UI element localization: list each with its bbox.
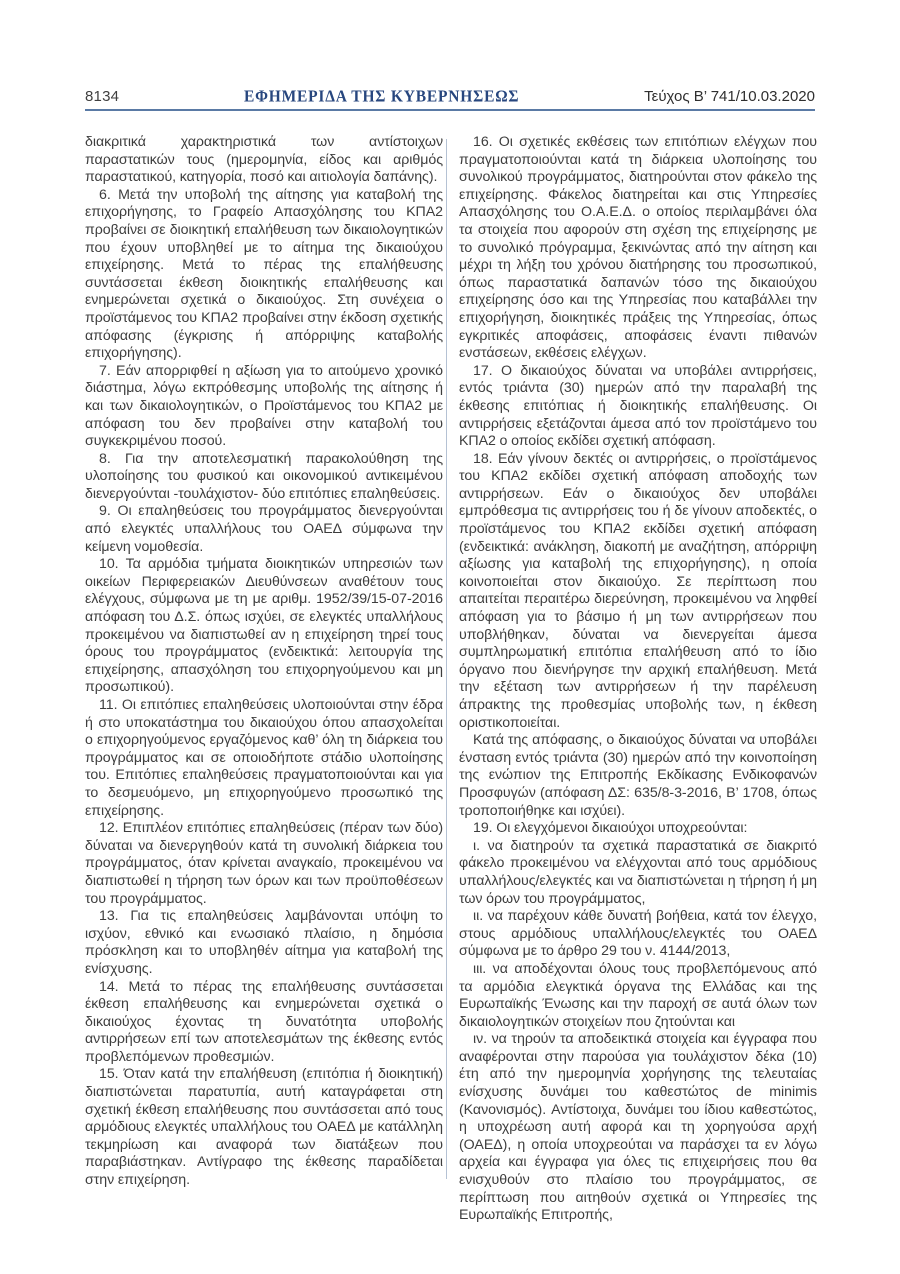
paragraph: 16. Οι σχετικές εκθέσεις των επιτόπιων ε…	[459, 134, 817, 363]
paragraph: 14. Μετά το πέρας της επαλήθευσης συντάσ…	[85, 979, 443, 1067]
paragraph: 18. Εάν γίνουν δεκτές οι αντιρρήσεις, ο …	[459, 451, 817, 733]
header-rule	[85, 109, 815, 111]
paragraph: ιιι. να αποδέχονται όλους τους προβλεπόμ…	[459, 961, 817, 1031]
issue-info: Τεύχος Β’ 741/10.03.2020	[644, 88, 815, 105]
paragraph: διακριτικά χαρακτηριστικά των αντίστοιχω…	[85, 134, 443, 187]
gazette-title: ΕΦΗΜΕΡΙΔΑ ΤΗΣ ΚΥΒΕΡΝΗΣΕΩΣ	[244, 87, 519, 106]
gazette-page: 8134 ΕΦΗΜΕΡΙΔΑ ΤΗΣ ΚΥΒΕΡΝΗΣΕΩΣ Τεύχος Β’…	[0, 0, 900, 1274]
paragraph: Κατά της απόφασης, ο δικαιούχος δύναται …	[459, 732, 817, 820]
right-column: 16. Οι σχετικές εκθέσεις των επιτόπιων ε…	[459, 134, 817, 1225]
paragraph: 13. Για τις επαληθεύσεις λαμβάνονται υπό…	[85, 908, 443, 978]
paragraph: 19. Οι ελεγχόμενοι δικαιούχοι υποχρεούντ…	[459, 820, 817, 838]
paragraph: 9. Οι επαληθεύσεις του προγράμματος διεν…	[85, 503, 443, 556]
paragraph: 11. Οι επιτόπιες επαληθεύσεις υλοποιούντ…	[85, 697, 443, 820]
left-column: διακριτικά χαρακτηριστικά των αντίστοιχω…	[85, 134, 443, 1225]
paragraph: ι. να διατηρούν τα σχετικά παραστατικά σ…	[459, 838, 817, 908]
paragraph: 6. Μετά την υποβολή της αίτησης για κατα…	[85, 187, 443, 363]
paragraph: 12. Επιπλέον επιτόπιες επαληθεύσεις (πέρ…	[85, 820, 443, 908]
paragraph: ιι. να παρέχουν κάθε δυνατή βοήθεια, κατ…	[459, 908, 817, 961]
paragraph: ιν. να τηρούν τα αποδεικτικά στοιχεία κα…	[459, 1031, 817, 1225]
text-columns: διακριτικά χαρακτηριστικά των αντίστοιχω…	[85, 134, 817, 1225]
paragraph: 8. Για την αποτελεσματική παρακολούθηση …	[85, 451, 443, 504]
column-divider	[446, 139, 447, 1179]
page-header: 8134 ΕΦΗΜΕΡΙΔΑ ΤΗΣ ΚΥΒΕΡΝΗΣΕΩΣ Τεύχος Β’…	[85, 88, 815, 106]
paragraph: 17. Ο δικαιούχος δύναται να υποβάλει αντ…	[459, 363, 817, 451]
page-number: 8134	[85, 88, 119, 105]
paragraph: 7. Εάν απορριφθεί η αξίωση για το αιτούμ…	[85, 363, 443, 451]
paragraph: 15. Όταν κατά την επαλήθευση (επιτόπια ή…	[85, 1066, 443, 1189]
paragraph: 10. Τα αρμόδια τμήματα διοικητικών υπηρε…	[85, 556, 443, 697]
